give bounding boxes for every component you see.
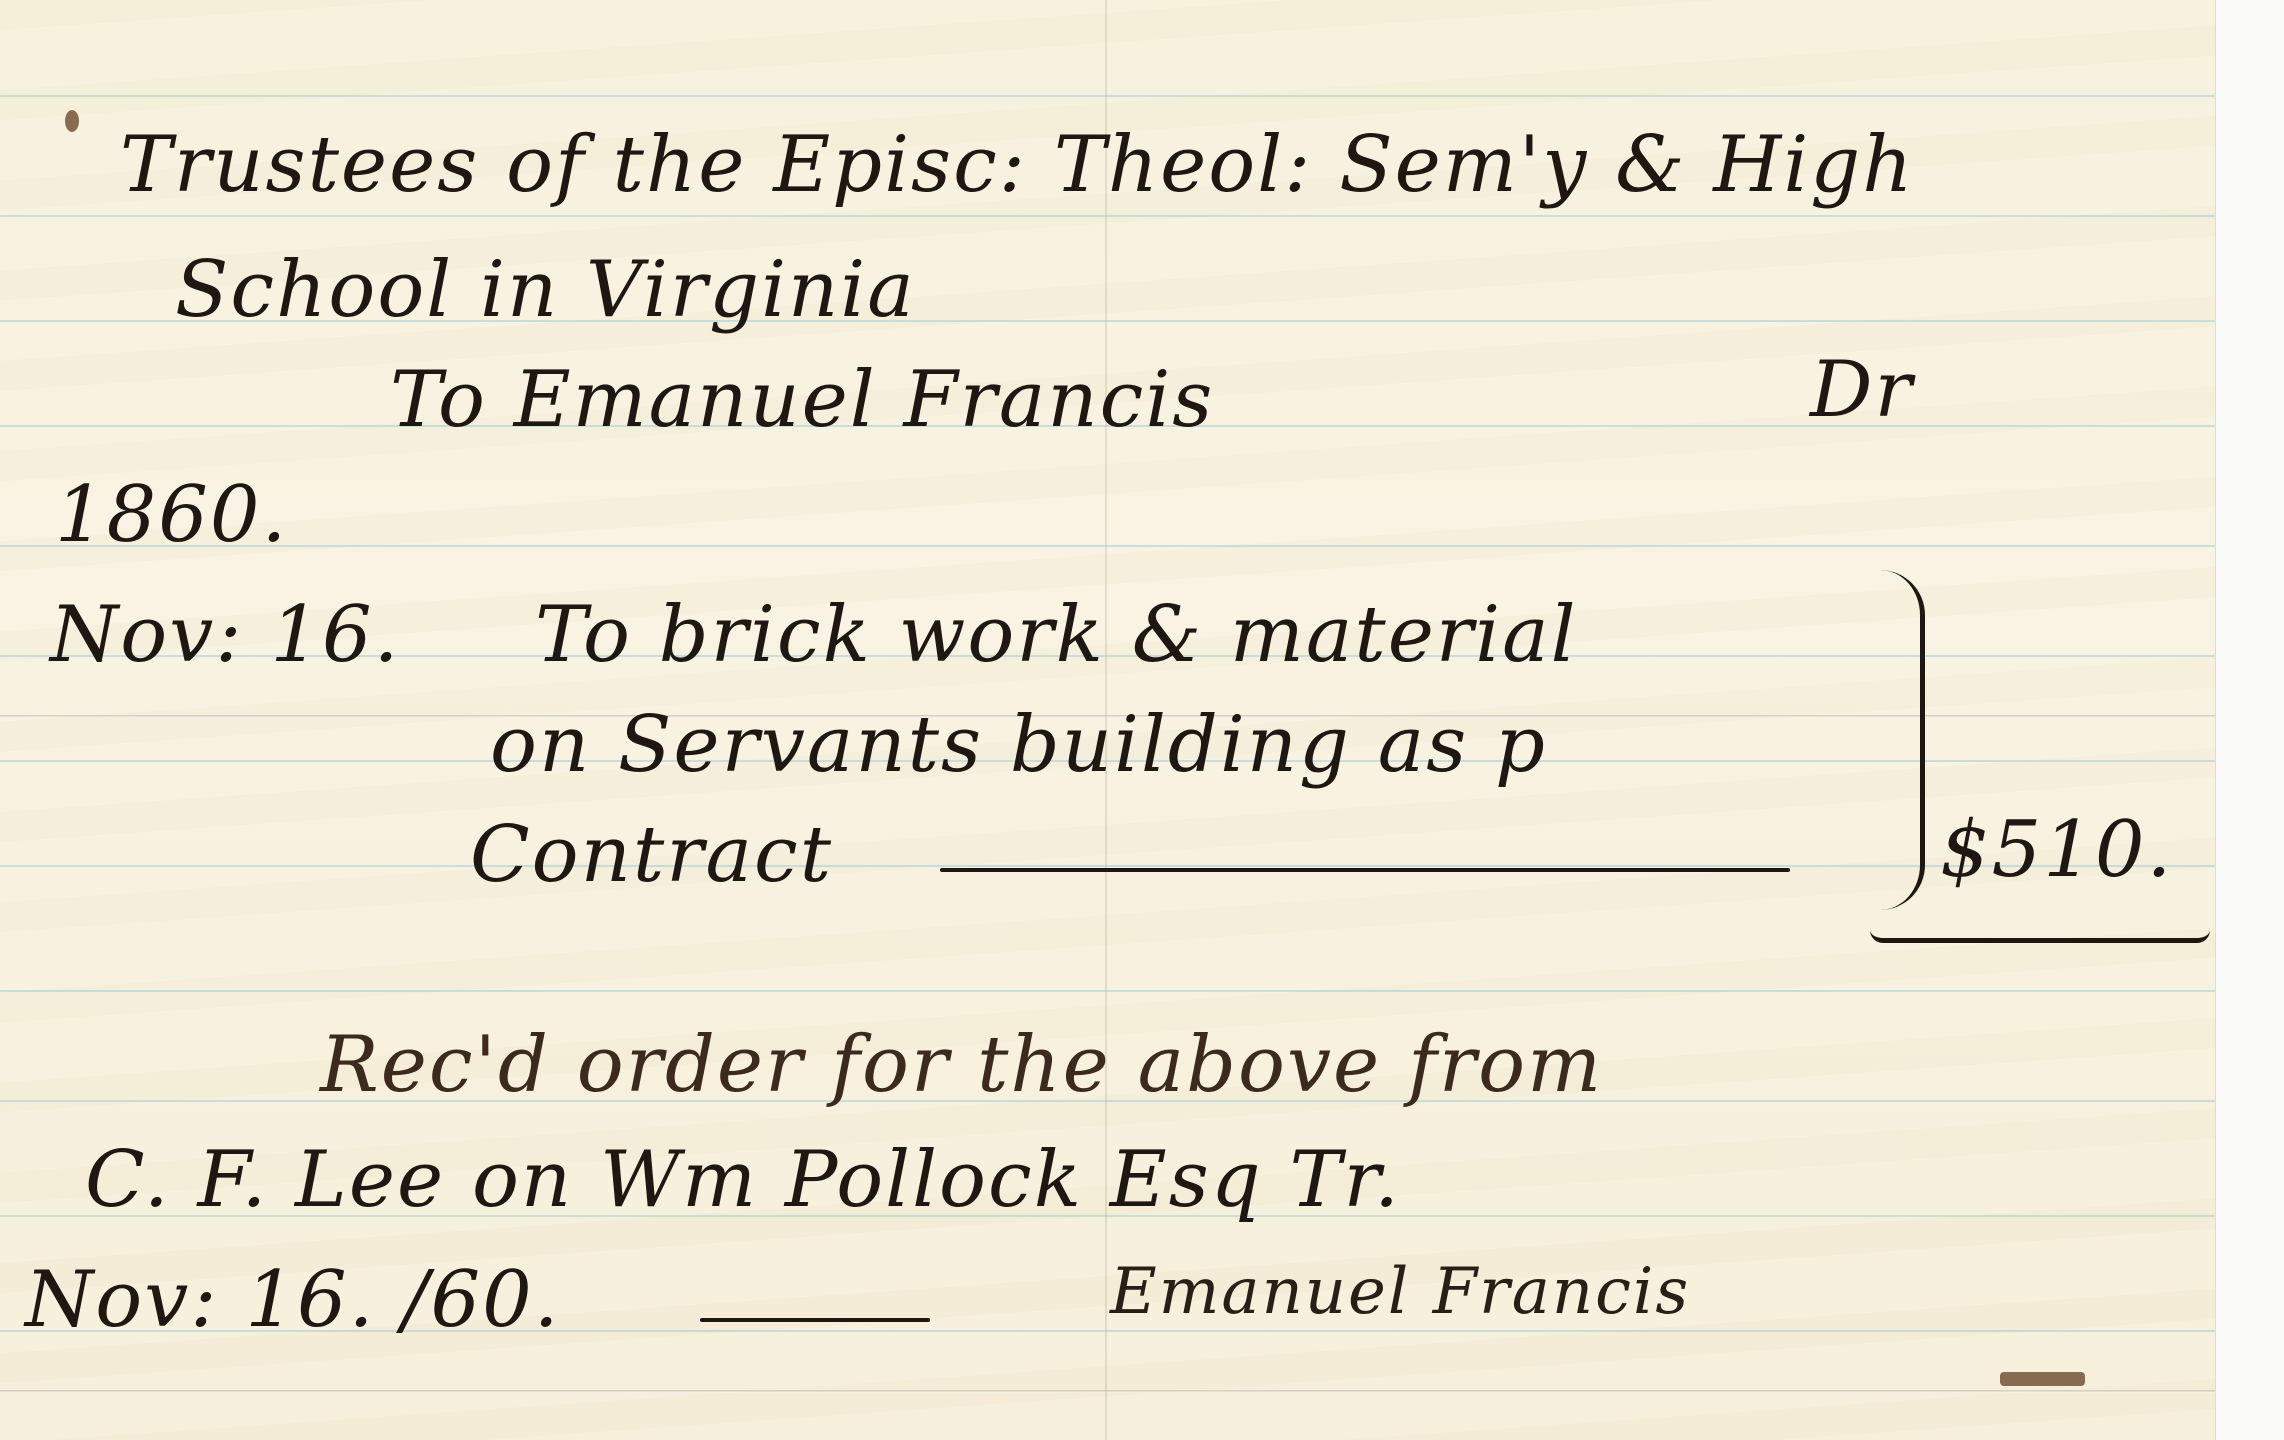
debit-mark: Dr [1810,345,1914,435]
ruled-line [0,215,2215,217]
ink-blot [65,110,79,132]
signature: Emanuel Francis [1110,1255,1690,1329]
entry-description-3: Contract [470,810,833,900]
date-dash [700,1318,930,1322]
heading-line-1: Trustees of the Episc: Theol: Sem'y & Hi… [120,120,1914,210]
receipt-date: Nov: 16. /60. [25,1255,561,1345]
bracket-brace [1880,570,1925,910]
amount-flourish [1870,930,2210,943]
fill-line [940,868,1790,872]
ruled-line [0,545,2215,547]
heading-line-2: School in Virginia [175,245,916,335]
heading-payee: To Emanuel Francis [390,355,1214,445]
ruled-line [0,990,2215,992]
entry-description-2: on Servants building as p [490,700,1547,790]
receipt-line-1: Rec'd order for the above from [320,1020,1603,1110]
paper-fold [0,1390,2215,1393]
burn-stain [2000,1372,2085,1386]
year-label: 1860. [55,470,288,560]
entry-amount: $510. [1940,805,2173,895]
entry-date: Nov: 16. [50,590,400,680]
document-page: Trustees of the Episc: Theol: Sem'y & Hi… [0,0,2216,1440]
entry-description-1: To brick work & material [535,590,1578,680]
ruled-line [0,95,2215,97]
receipt-line-2: C. F. Lee on Wm Pollock Esq Tr. [85,1135,1401,1225]
